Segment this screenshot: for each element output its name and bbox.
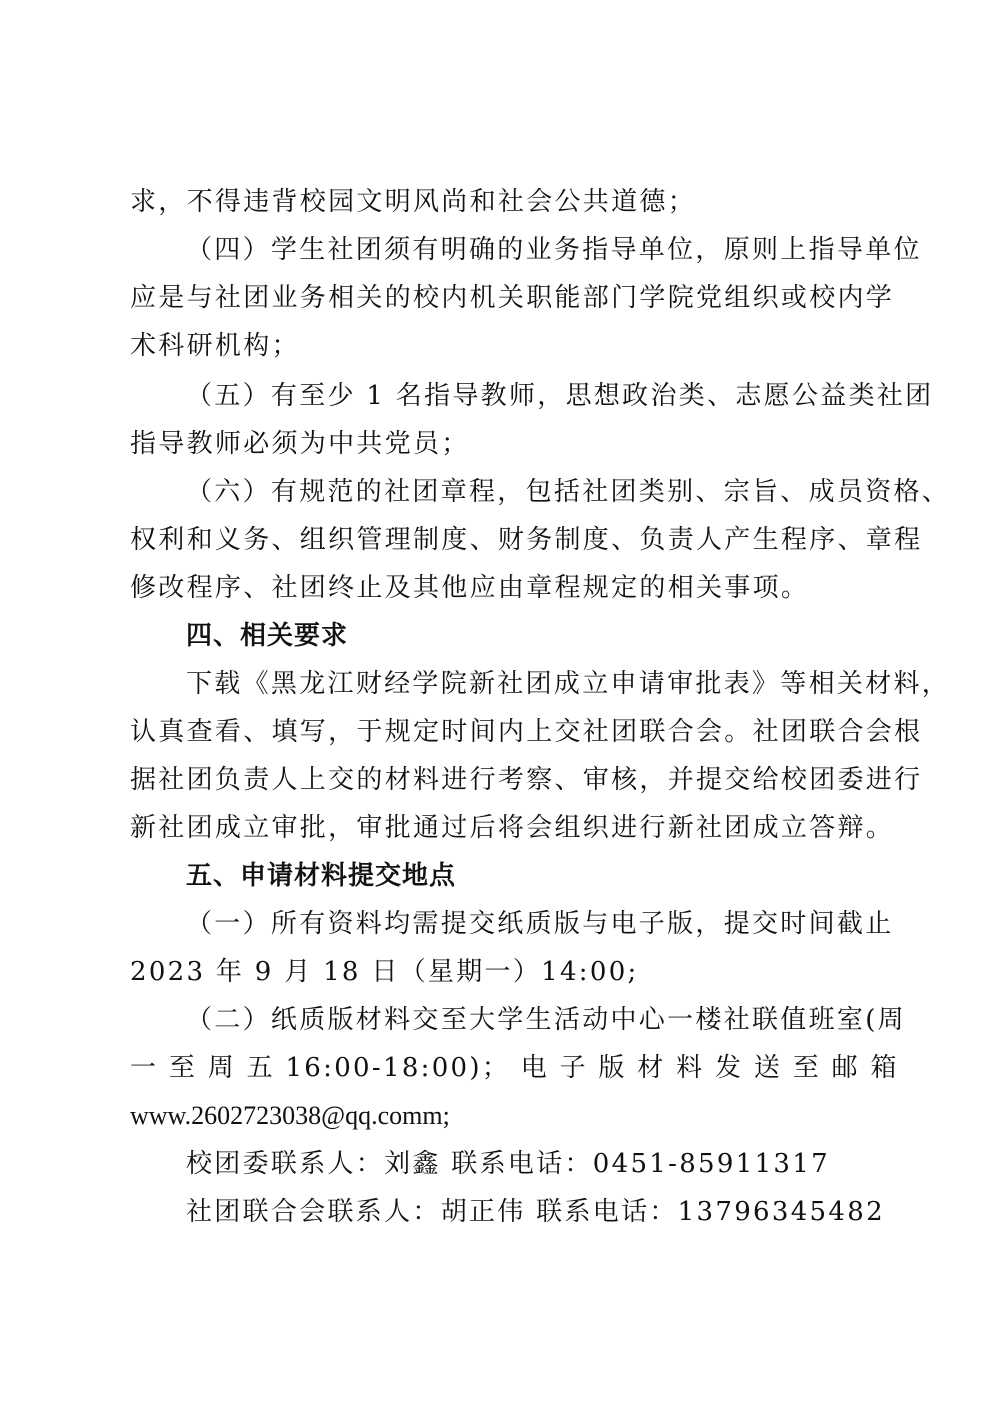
deadline-line: 2023 年 9 月 18 日（星期一）14:00; bbox=[130, 952, 639, 992]
email-address: www.2602723038@qq.comm; bbox=[130, 1096, 450, 1136]
paragraph-line: 应是与社团业务相关的校内机关职能部门学院党组织或校内学 bbox=[130, 278, 872, 318]
section-heading: 五、申请材料提交地点 bbox=[186, 856, 456, 896]
paragraph-line: 一 至 周 五 16:00-18:00)； 电 子 版 材 料 发 送 至 邮 … bbox=[130, 1048, 872, 1088]
paragraph-line: （六）有规范的社团章程，包括社团类别、宗旨、成员资格、 bbox=[186, 472, 872, 512]
paragraph-line: 认真查看、填写，于规定时间内上交社团联合会。社团联合会根 bbox=[130, 712, 872, 752]
section-heading: 四、相关要求 bbox=[186, 616, 348, 656]
paragraph-line: 权利和义务、组织管理制度、财务制度、负责人产生程序、章程 bbox=[130, 520, 872, 560]
paragraph-line: 修改程序、社团终止及其他应由章程规定的相关事项。 bbox=[130, 568, 809, 608]
paragraph-line: （五）有至少 1 名指导教师，思想政治类、志愿公益类社团 bbox=[186, 376, 872, 416]
paragraph-line: 求，不得违背校园文明风尚和社会公共道德； bbox=[130, 182, 696, 222]
paragraph-line: （四）学生社团须有明确的业务指导单位，原则上指导单位 bbox=[186, 230, 872, 270]
contact-club-union: 社团联合会联系人：胡正伟 联系电话：13796345482 bbox=[186, 1192, 885, 1232]
paragraph-line: 下载《黑龙江财经学院新社团成立申请审批表》等相关材料， bbox=[186, 664, 872, 704]
paragraph-line: 术科研机构； bbox=[130, 326, 300, 366]
contact-youth-league: 校团委联系人：刘鑫 联系电话：0451-85911317 bbox=[186, 1144, 830, 1184]
paragraph-line: 据社团负责人上交的材料进行考察、审核，并提交给校团委进行 bbox=[130, 760, 872, 800]
paragraph-line: 指导教师必须为中共党员； bbox=[130, 424, 470, 464]
paragraph-line: 新社团成立审批，审批通过后将会组织进行新社团成立答辩。 bbox=[130, 808, 894, 848]
paragraph-line: （二）纸质版材料交至大学生活动中心一楼社联值班室(周 bbox=[186, 1000, 872, 1040]
paragraph-line: （一）所有资料均需提交纸质版与电子版，提交时间截止 bbox=[186, 904, 872, 944]
